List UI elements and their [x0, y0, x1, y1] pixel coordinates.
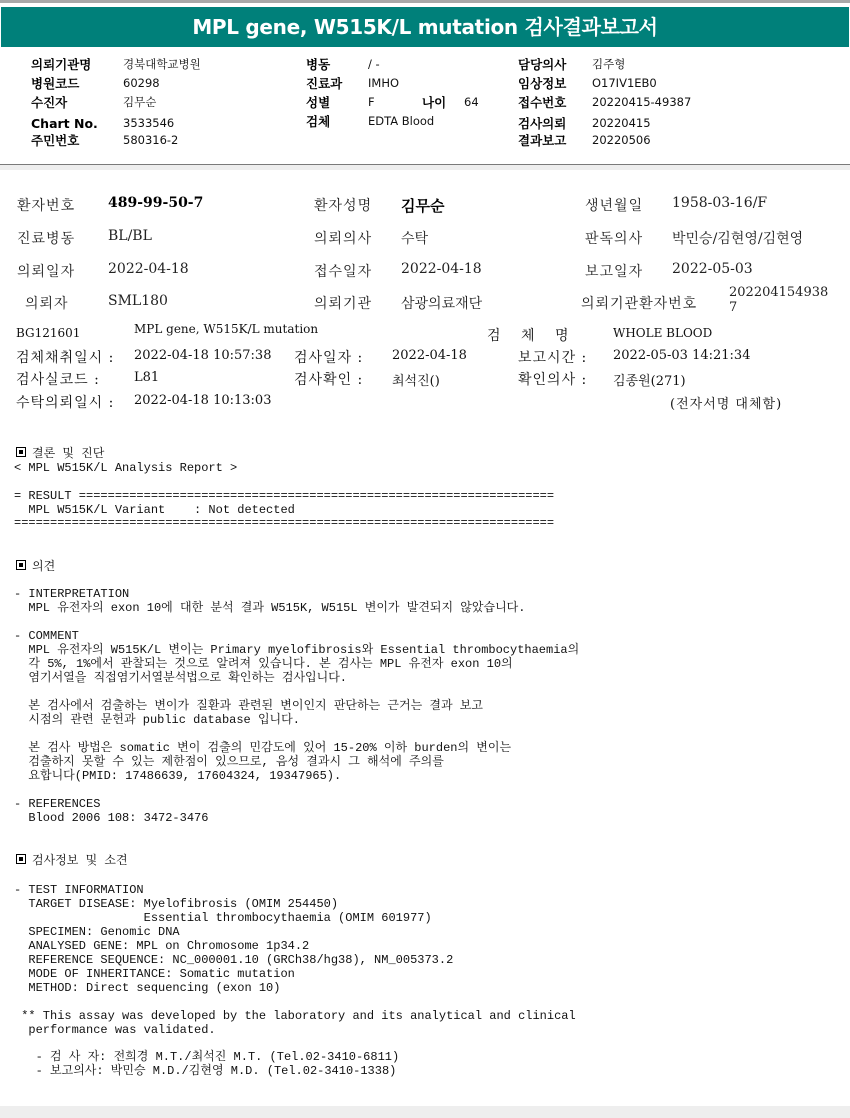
- test-value: 최석진(): [392, 370, 440, 389]
- square-bullet-icon: [16, 447, 26, 457]
- patient-label: 의뢰기관환자번호: [581, 293, 697, 313]
- validation-line: ** This assay was developed by the labor…: [14, 1009, 576, 1023]
- opinion-heading-text: 의견: [32, 560, 55, 574]
- interpretation-text: MPL 유전자의 exon 10에 대한 분석 결과 W515K, W515L …: [14, 601, 525, 615]
- result-end: ========================================…: [14, 516, 554, 530]
- patient-value: 2022-05-03: [672, 261, 753, 277]
- test-label: 수탁의뢰일시 :: [16, 392, 114, 412]
- result-line: = RESULT ===============================…: [14, 489, 554, 503]
- comment-line: 검출하지 못할 수 있는 제한점이 있으므로, 음성 결과시 그 해석에 주의를: [14, 755, 444, 769]
- comment-line: MPL 유전자의 W515K/L 변이는 Primary myelofibros…: [14, 643, 579, 657]
- patient-label: 보고일자: [585, 261, 643, 281]
- test-label: 검사일자 :: [294, 347, 363, 367]
- patient-label: 판독의사: [585, 228, 643, 248]
- test-label: 검사확인 :: [294, 369, 363, 389]
- patient-label: 의뢰자: [25, 293, 69, 313]
- patient-label: 의뢰일자: [17, 261, 75, 281]
- patient-label: 접수일자: [314, 261, 372, 281]
- comment-line: 본 검사 방법은 somatic 변이 검출의 민감도에 있어 15-20% 이…: [14, 741, 511, 755]
- conclusion-heading-text: 결론 및 진단: [32, 447, 104, 461]
- patient-value: 삼광의료재단: [401, 293, 482, 313]
- patient-value: 수탁: [401, 228, 428, 248]
- interpretation-title: - INTERPRETATION: [14, 587, 129, 601]
- analysis-title: < MPL W515K/L Analysis Report >: [14, 461, 237, 475]
- footer-band: [0, 1106, 850, 1118]
- testinfo-line: TARGET DISEASE: Myelofibrosis (OMIM 2544…: [14, 897, 338, 911]
- patient-value-wrap: 7: [729, 300, 737, 315]
- testinfo-line: SPECIMEN: Genomic DNA: [14, 925, 180, 939]
- test-value: 2022-04-18 10:13:03: [134, 393, 271, 408]
- patient-value: BL/BL: [108, 228, 152, 244]
- patient-label: 생년월일: [585, 195, 643, 215]
- patient-label: 의뢰기관: [314, 293, 372, 313]
- testinfo-line: MODE OF INHERITANCE: Somatic mutation: [14, 967, 295, 981]
- patient-value: 박민승/김현영/김현영: [672, 228, 803, 248]
- patient-label: 진료병동: [17, 228, 75, 248]
- comment-line: 본 검사에서 검출하는 변이가 질환과 관련된 변이인지 판단하는 근거는 결과…: [14, 699, 483, 713]
- test-name: MPL gene, W515K/L mutation: [134, 322, 318, 336]
- patient-birth: 1958-03-16/F: [672, 195, 767, 211]
- square-bullet-icon: [16, 560, 26, 570]
- test-value: 2022-04-18 10:57:38: [134, 348, 271, 363]
- result-item: MPL W515K/L Variant : Not detected: [14, 503, 295, 517]
- specimen-label: 검 체 명: [487, 325, 576, 345]
- test-value: 2022-05-03 14:21:34: [613, 348, 750, 363]
- patient-value: 2022-04-18: [401, 261, 482, 277]
- testinfo-line: REFERENCE SEQUENCE: NC_000001.10 (GRCh38…: [14, 953, 453, 967]
- conclusion-heading: 결론 및 진단: [16, 447, 104, 461]
- test-code: BG121601: [16, 326, 80, 340]
- testinfo-line: ANALYSED GENE: MPL on Chromosome 1p34.2: [14, 939, 309, 953]
- esign-note: (전자서명 대체함): [670, 393, 782, 412]
- testinfo-line: METHOD: Direct sequencing (exon 10): [14, 981, 280, 995]
- test-label: 보고시간 :: [518, 347, 587, 367]
- patient-info: 환자번호 489-99-50-7 환자성명 김무순 생년월일 1958-03-1…: [0, 0, 850, 320]
- specimen-value: WHOLE BLOOD: [613, 326, 712, 340]
- test-value: 김종원(271): [613, 370, 686, 389]
- comment-line: 요합니다(PMID: 17486639, 17604324, 19347965)…: [14, 769, 341, 783]
- test-label: 검체채취일시 :: [16, 347, 114, 367]
- test-value: 2022-04-18: [392, 348, 467, 363]
- patient-value: SML180: [108, 293, 168, 309]
- references-title: - REFERENCES: [14, 797, 100, 811]
- testinfo-line: Essential thrombocythaemia (OMIM 601977): [14, 911, 432, 925]
- patient-label: 의뢰의사: [314, 228, 372, 248]
- patient-value: 2022-04-18: [108, 261, 189, 277]
- testinfo-heading-text: 검사정보 및 소견: [32, 854, 128, 868]
- comment-line: 각 5%, 1%에서 관찰되는 것으로 알려져 있습니다. 본 검사는 MPL …: [14, 657, 513, 671]
- testinfo-title: - TEST INFORMATION: [14, 883, 144, 897]
- staff-line: - 검 사 자: 전희경 M.T./최석진 M.T. (Tel.02-3410-…: [14, 1050, 399, 1064]
- validation-line: performance was validated.: [14, 1023, 216, 1037]
- test-label: 검사실코드 :: [16, 369, 100, 389]
- comment-line: 시점의 관련 문헌과 public database 입니다.: [14, 713, 300, 727]
- patient-label: 환자번호: [17, 195, 75, 215]
- comment-title: - COMMENT: [14, 629, 79, 643]
- comment-line: 염기서열을 직접염기서열분석법으로 확인하는 검사입니다.: [14, 671, 347, 685]
- test-label: 확인의사 :: [518, 369, 587, 389]
- opinion-heading: 의견: [16, 560, 55, 574]
- references-text: Blood 2006 108: 3472-3476: [14, 811, 208, 825]
- square-bullet-icon: [16, 854, 26, 864]
- patient-name: 김무순: [401, 195, 444, 216]
- testinfo-heading: 검사정보 및 소견: [16, 854, 128, 868]
- patient-label: 환자성명: [314, 195, 372, 215]
- patient-value: 202204154938: [729, 285, 828, 300]
- test-value: L81: [134, 370, 159, 385]
- patient-id: 489-99-50-7: [108, 195, 203, 211]
- staff-line: - 보고의사: 박민승 M.D./김현영 M.D. (Tel.02-3410-1…: [14, 1064, 396, 1078]
